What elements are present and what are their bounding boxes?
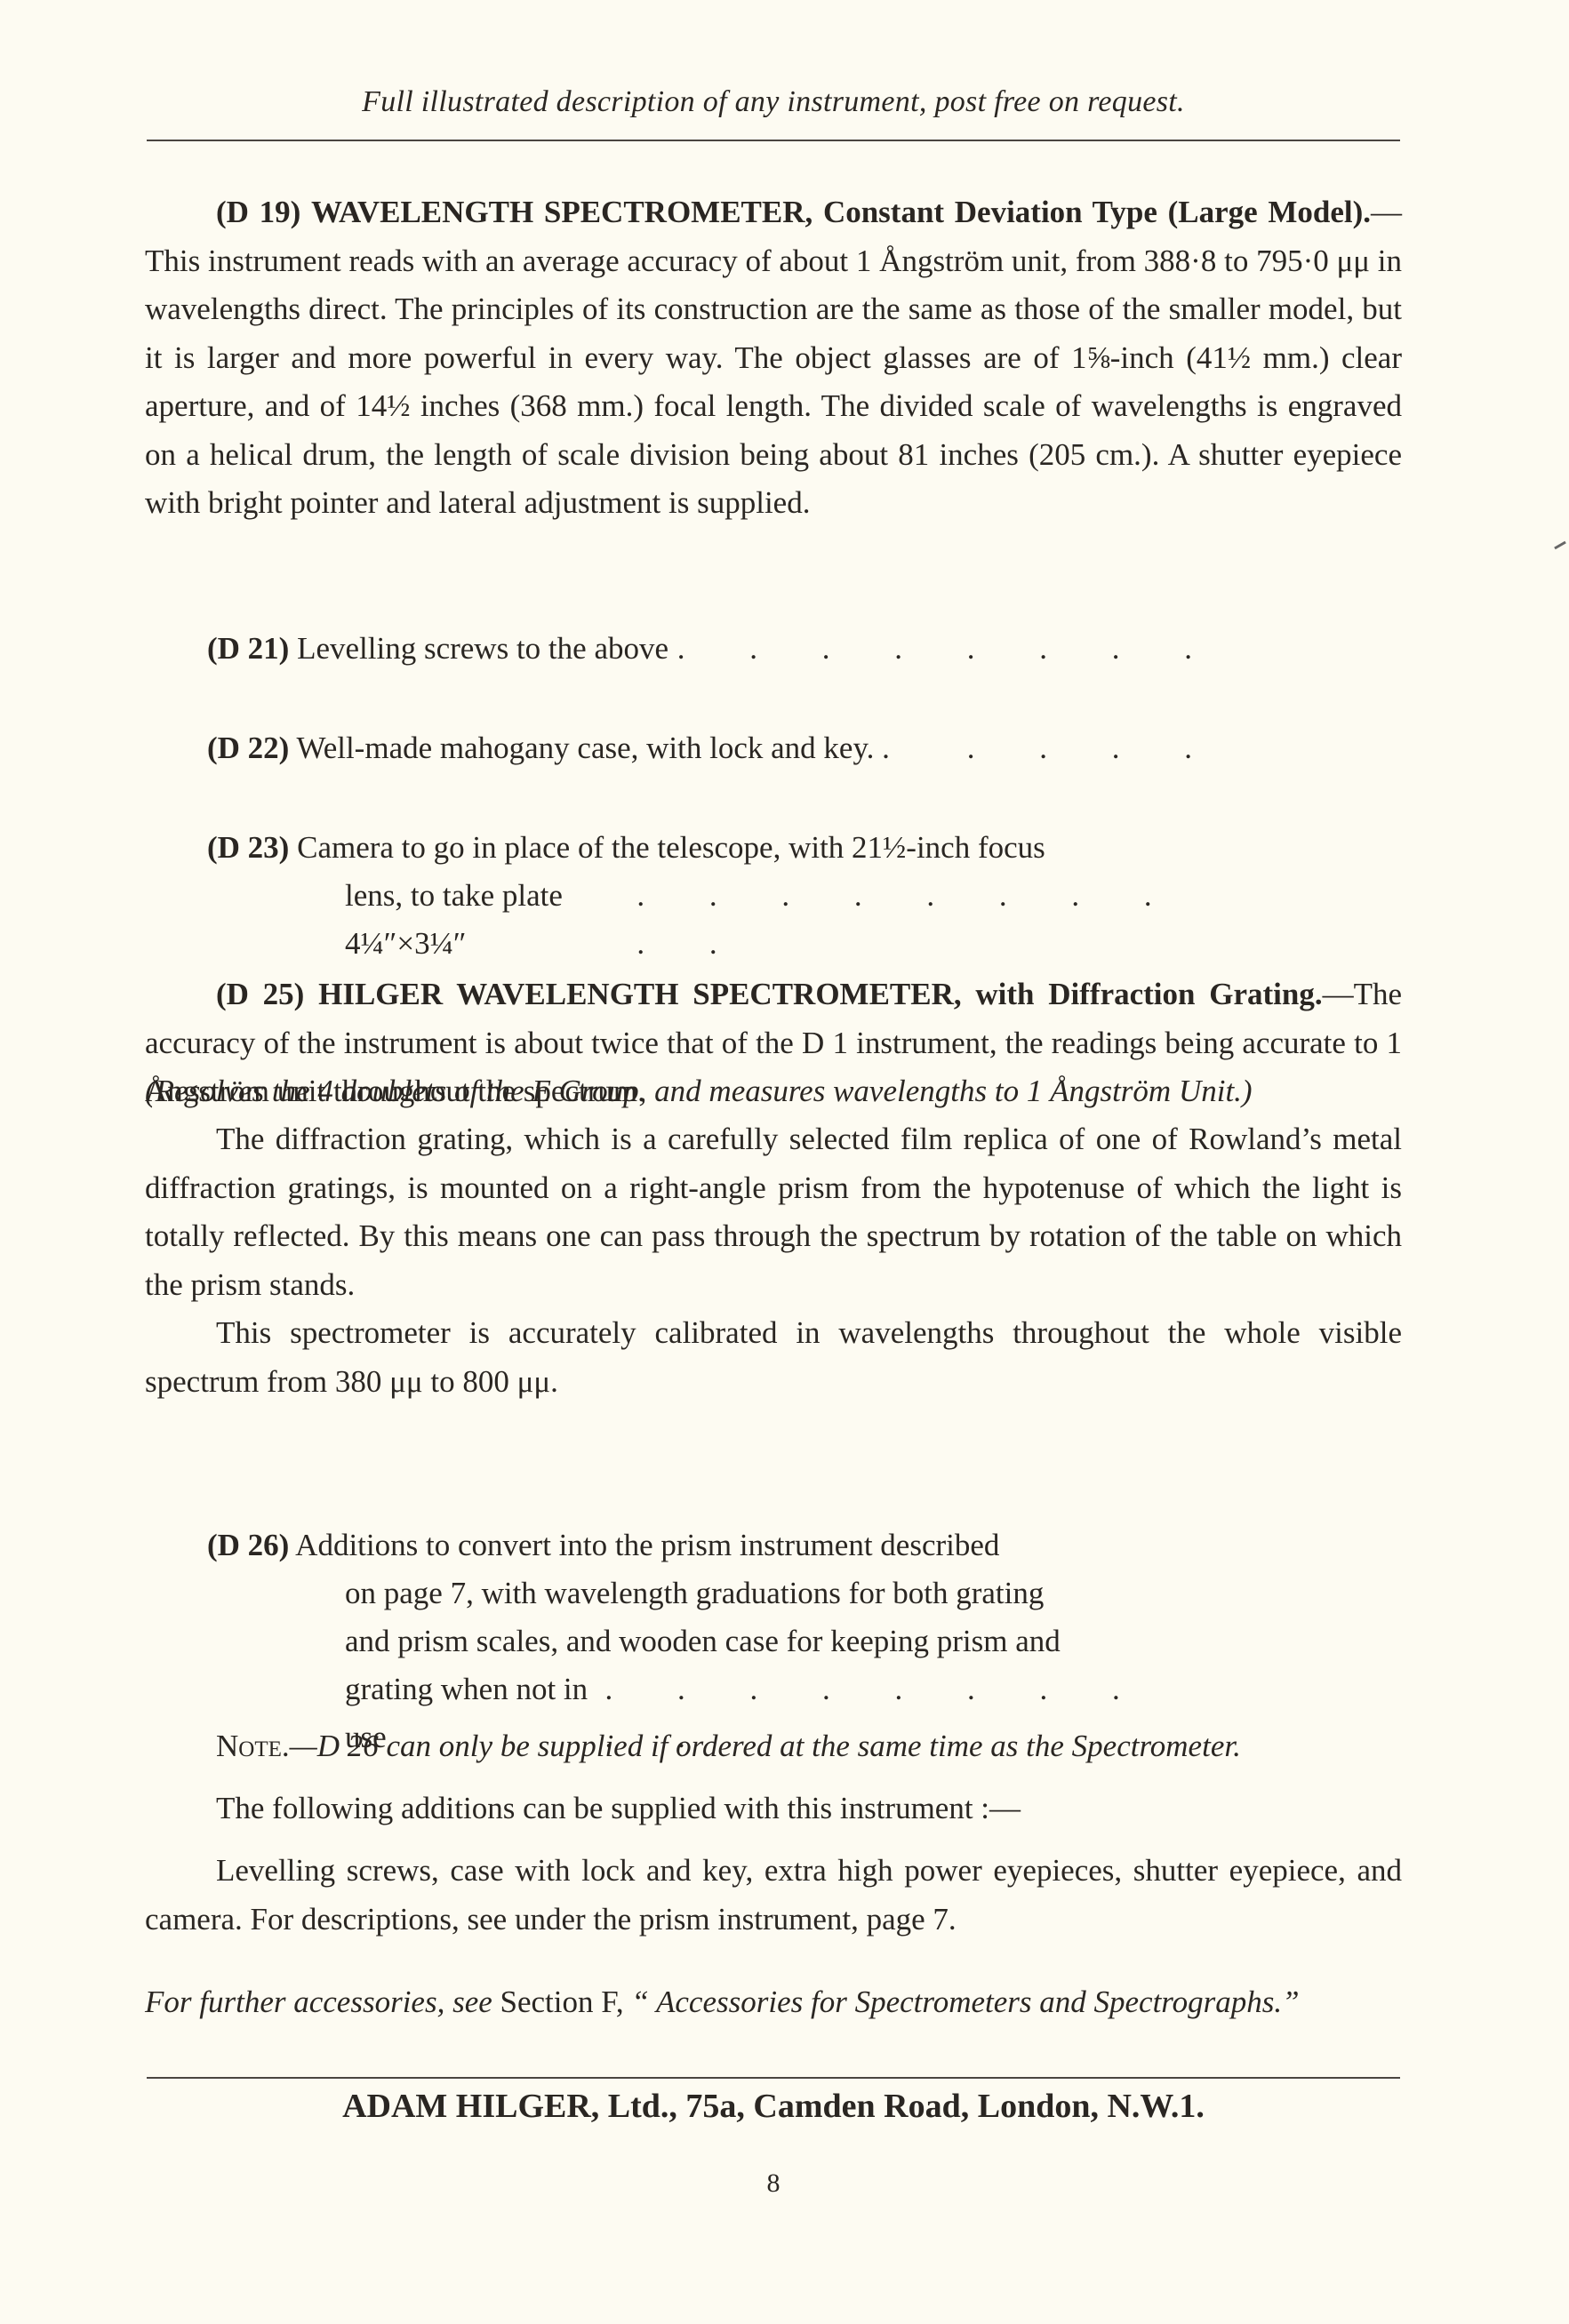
d25-paragraph-3: This spectrometer is accurately calibrat… xyxy=(145,1309,1402,1406)
accessory-text-line1: Additions to convert into the prism inst… xyxy=(295,1528,999,1562)
additions-intro: The following additions can be supplied … xyxy=(145,1785,1402,1833)
accessory-text: Camera to go in place of the telescope, … xyxy=(297,830,1045,865)
footer-divider xyxy=(147,2077,1400,2079)
d25-paragraph-2: The diffraction grating, which is a care… xyxy=(145,1115,1402,1309)
margin-mark xyxy=(1554,541,1566,550)
d19-entry: (D 19) WAVELENGTH SPECTROMETER, Constant… xyxy=(145,188,1402,528)
price-leaders: . . . . . . . . xyxy=(677,625,1194,673)
additions-list: Levelling screws, case with lock and key… xyxy=(145,1847,1402,1944)
page-number: 8 xyxy=(147,2168,1400,2199)
d25-italic-note: (Resolves the 4 doublets of the E Group,… xyxy=(145,1067,1402,1116)
d19-code: (D 19) xyxy=(216,195,300,229)
accessory-continuation: lens, to take plate 4¼″×3¼″ . . . . . . … xyxy=(207,872,1194,968)
d19-body: —This instrument reads with an average a… xyxy=(145,195,1402,520)
accessory-code: (D 21) xyxy=(207,631,289,666)
accessory-code: (D 26) xyxy=(207,1528,289,1562)
accessory-text-line3: and prism scales, and wooden case for ke… xyxy=(207,1617,1194,1665)
accessory-text: Well-made mahogany case, with lock and k… xyxy=(296,731,889,765)
note: Note.—D 26 can only be supplied if order… xyxy=(145,1722,1402,1771)
note-text: —D 26 can only be supplied if ordered at… xyxy=(290,1729,1241,1763)
d25-title: HILGER WAVELENGTH SPECTROMETER, with Dif… xyxy=(318,977,1323,1011)
d25-code: (D 25) xyxy=(216,977,304,1011)
further-accessories: For further accessories, see Section F, … xyxy=(145,1978,1402,2027)
d19-title: WAVELENGTH SPECTROMETER, Constant Deviat… xyxy=(311,195,1371,229)
header-divider xyxy=(147,140,1400,141)
price-leaders: . . . . xyxy=(967,724,1194,772)
accessory-d21: (D 21) Levelling screws to the above . .… xyxy=(207,625,1194,673)
accessory-text: Levelling screws to the above xyxy=(297,631,668,666)
running-head: Full illustrated description of any inst… xyxy=(147,85,1400,119)
accessory-code: (D 22) xyxy=(207,731,289,765)
accessory-text-line2: on page 7, with wavelength graduations f… xyxy=(207,1569,1194,1617)
accessory-d23: (D 23) Camera to go in place of the tele… xyxy=(207,824,1194,968)
section-reference: Section F, xyxy=(500,1985,624,2019)
accessory-d22: (D 22) Well-made mahogany case, with loc… xyxy=(207,724,1194,772)
note-label: Note. xyxy=(216,1729,290,1763)
accessory-code: (D 23) xyxy=(207,830,289,865)
price-leaders: . . . . . . . . . . xyxy=(636,872,1194,968)
section-title: “ Accessories for Spectrometers and Spec… xyxy=(631,1985,1299,2019)
catalogue-page: Full illustrated description of any inst… xyxy=(0,0,1569,2324)
publisher-address: ADAM HILGER, Ltd., 75a, Camden Road, Lon… xyxy=(147,2087,1400,2126)
